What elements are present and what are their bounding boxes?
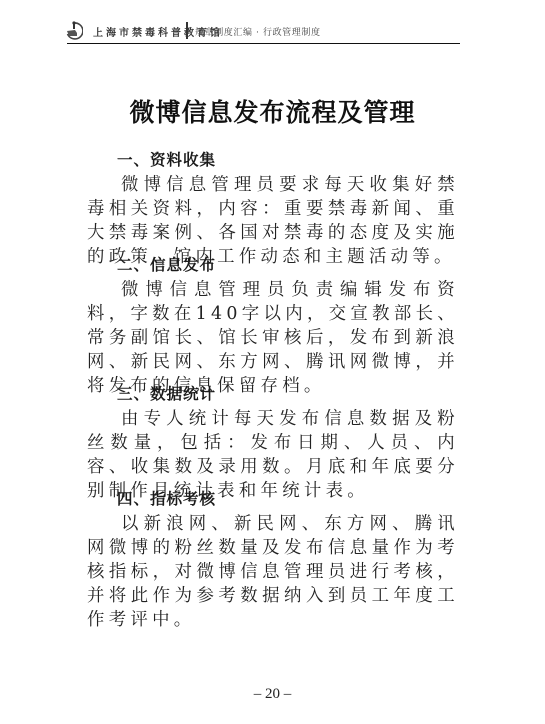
section-body: 微博信息管理员负责编辑发布资料，字数在140字以内，交宣教部长、常务副馆长、馆长…: [87, 278, 459, 398]
header-subtitle: 规章制度汇编 · 行政管理制度: [195, 25, 321, 38]
section-body: 以新浪网、新民网、东方网、腾讯网微博的粉丝数量及发布信息量作为考核指标，对微博信…: [87, 512, 459, 632]
section-kpi-assessment: 四、指标考核 以新浪网、新民网、东方网、腾讯网微博的粉丝数量及发布信息量作为考核…: [87, 488, 459, 632]
section-info-publishing: 二、信息发布 微博信息管理员负责编辑发布资料，字数在140字以内，交宣教部长、常…: [87, 254, 459, 398]
section-heading: 二、信息发布: [117, 254, 459, 276]
header-separator: [186, 22, 188, 39]
section-heading: 四、指标考核: [117, 488, 459, 510]
page-header: 上海市禁毒科普教育馆 规章制度汇编 · 行政管理制度: [66, 20, 460, 44]
document-title: 微博信息发布流程及管理: [0, 93, 545, 129]
section-heading: 三、数据统计: [117, 383, 459, 405]
museum-logo-icon: [66, 21, 83, 40]
header-rule: [67, 43, 460, 44]
section-data-collection: 一、资料收集 微博信息管理员要求每天收集好禁毒相关资料，内容：重要禁毒新闻、重大…: [87, 149, 459, 269]
page-number: – 20 –: [0, 686, 545, 703]
section-heading: 一、资料收集: [117, 149, 459, 171]
section-data-statistics: 三、数据统计 由专人统计每天发布信息数据及粉丝数量，包括：发布日期、人员、内容、…: [87, 383, 459, 503]
